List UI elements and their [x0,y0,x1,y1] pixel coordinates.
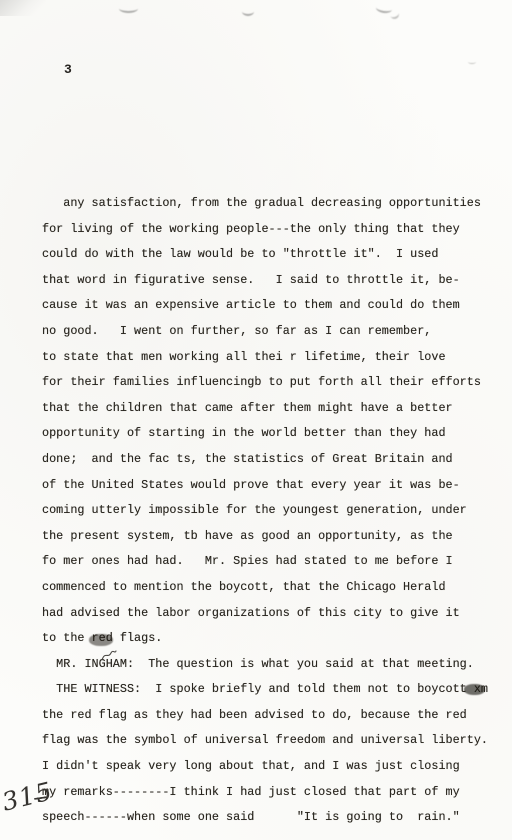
scan-smudge [468,60,476,64]
scan-smudge [242,7,254,16]
text-line: could do with the law would be to "throt… [42,242,504,268]
text-line: that word in figurative sense. I said to… [42,268,504,294]
text-line: of the United States would prove that ev… [42,473,504,499]
text-line: done; and the fac ts, the statistics of … [42,447,504,473]
ink-blot-overstrike [89,634,113,646]
text-line: cause it was an expensive article to the… [42,293,504,319]
text-line: the present system, tb have as good an o… [42,524,504,550]
text-line: opportunity of starting in the world bet… [42,421,504,447]
text-line: had advised the labor organizations of t… [42,601,504,627]
handwritten-squiggle [100,648,118,663]
ink-blot-overstrike [464,684,485,695]
text-line: coming utterly impossible for the younge… [42,498,504,524]
typewritten-text: any satisfaction, from the gradual decre… [42,191,504,831]
text-line: speech------when some one said "It is go… [42,805,504,831]
text-line: THE WITNESS: I spoke briefly and told th… [42,677,504,703]
scan-smudge [389,9,401,21]
text-line: commenced to mention the boycott, that t… [42,575,504,601]
scan-corner-shadow [0,0,46,16]
text-line: any satisfaction, from the gradual decre… [42,191,504,217]
text-line: for living of the working people---the o… [42,217,504,243]
text-line: to state that men working all thei r lif… [42,345,504,371]
text-line: the red flag as they had been advised to… [42,703,504,729]
text-line: fo mer ones had had. Mr. Spies had state… [42,549,504,575]
text-line: my remarks--------I think I had just clo… [42,780,504,806]
text-line: for their families influencingb to put f… [42,370,504,396]
text-line: no good. I went on further, so far as I … [42,319,504,345]
text-line: I didn't speak very long about that, and… [42,754,504,780]
scanned-page: 3 any satisfaction, from the gradual dec… [0,0,512,840]
text-line: that the children that came after them m… [42,396,504,422]
page-number: 3 [64,62,73,77]
text-line: flag was the symbol of universal freedom… [42,728,504,754]
scan-smudge [119,4,138,13]
